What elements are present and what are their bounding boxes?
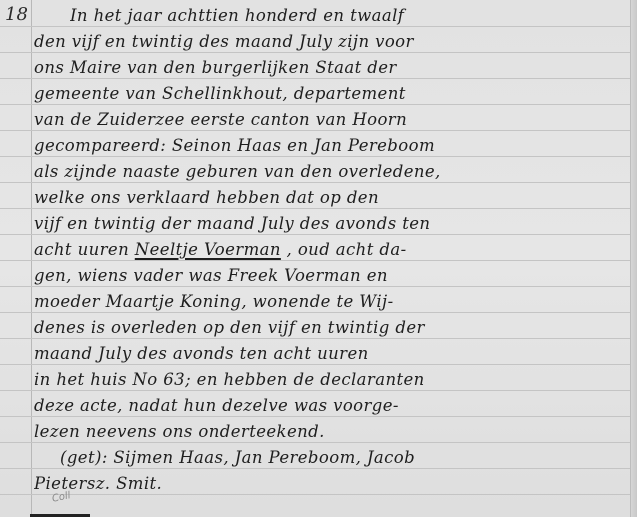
text-line-3: ons Maire van den burgerlijken Staat der — [34, 58, 630, 78]
text-line-11: gen, wiens vader was Freek Voerman en — [34, 266, 630, 286]
ruled-line — [0, 26, 630, 27]
text-line-14: maand July des avonds ten acht uuren — [34, 344, 630, 364]
margin-annotation: Coll — [51, 490, 72, 505]
text-line-13: denes is overleden op den vijf en twinti… — [34, 318, 630, 338]
ruled-line — [0, 234, 630, 235]
ruled-line — [0, 286, 630, 287]
ruled-line — [0, 364, 630, 365]
text-line-5: van de Zuiderzee eerste canton van Hoorn — [34, 110, 630, 130]
text-line-6: gecompareerd: Seinon Haas en Jan Pereboo… — [34, 136, 630, 156]
ruled-line — [0, 338, 630, 339]
deceased-name: Neeltje Voerman — [135, 240, 281, 259]
text-line-17: lezen neevens ons onderteekend. — [34, 422, 630, 442]
ruled-line — [0, 494, 630, 495]
ruled-line — [0, 468, 630, 469]
ruled-line — [0, 104, 630, 105]
ruled-line — [0, 208, 630, 209]
ruled-line — [0, 442, 630, 443]
text-line-12: moeder Maartje Koning, wonende te Wij- — [34, 292, 630, 312]
ruled-line — [0, 260, 630, 261]
text-line-4: gemeente van Schellinkhout, departement — [34, 84, 630, 104]
signature-line-2: Pietersz. Smit. — [34, 474, 630, 494]
text-line-10: acht uuren Neeltje Voerman , oud acht da… — [34, 240, 630, 260]
ruled-line — [0, 312, 630, 313]
text-line-15: in het huis No 63; en hebben de declaran… — [34, 370, 630, 390]
text-line-2: den vijf en twintig des maand July zijn … — [34, 32, 630, 52]
line-10-prefix: acht uuren — [34, 240, 129, 259]
entry-number: 18 — [5, 4, 28, 25]
page-edge — [630, 0, 637, 517]
ruled-line — [0, 416, 630, 417]
signature-line: (get): Sijmen Haas, Jan Pereboom, Jacob — [60, 448, 630, 468]
text-line-7: als zijnde naaste geburen van den overle… — [34, 162, 630, 182]
ruled-line — [0, 78, 630, 79]
ruled-line — [0, 156, 630, 157]
text-line-1: In het jaar achttien honderd en twaalf — [70, 6, 630, 26]
document-page: 18 In het jaar achttien honderd en twaal… — [0, 0, 637, 517]
ruled-line — [0, 182, 630, 183]
ruled-line — [0, 52, 630, 53]
text-line-16: deze acte, nadat hun dezelve was voorge- — [34, 396, 630, 416]
text-line-9: vijf en twintig der maand July des avond… — [34, 214, 630, 234]
line-10-suffix: , oud acht da- — [287, 240, 407, 259]
ruled-line — [0, 130, 630, 131]
text-line-8: welke ons verklaard hebben dat op den — [34, 188, 630, 208]
ruled-line — [0, 390, 630, 391]
